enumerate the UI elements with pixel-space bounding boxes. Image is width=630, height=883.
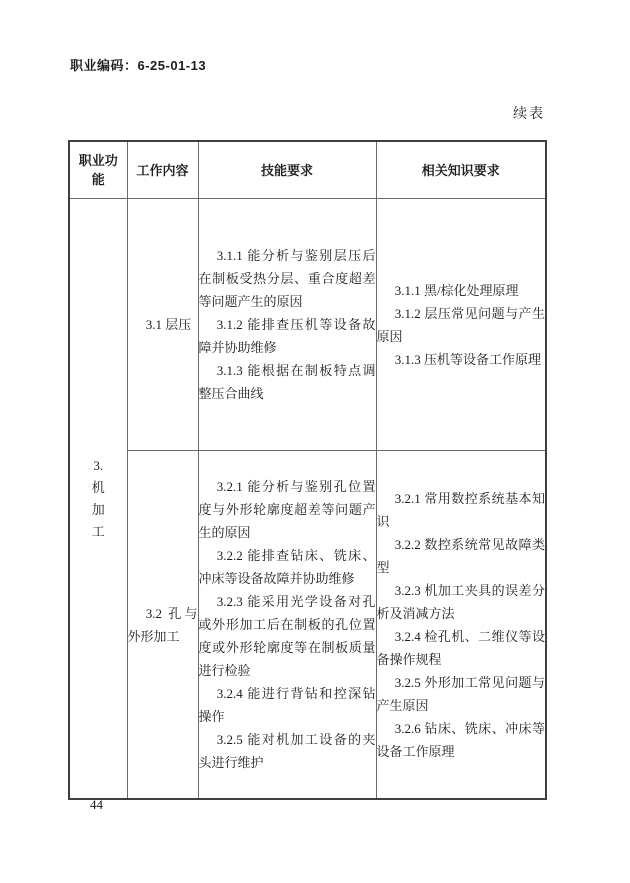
work-content-cell-lamination: 3.1 层压 [127, 199, 198, 451]
requirement-item: 3.2.6 钻床、铣床、冲床等设备工作原理 [377, 717, 546, 763]
requirement-item: 3.1.1 能分析与鉴别层压后在制板受热分层、重合度超差等问题产生的原因 [199, 244, 376, 313]
continued-table-label: 续表 [513, 103, 545, 123]
requirement-item: 3.1.1 黑/棕化处理原理 [377, 279, 546, 302]
table-header-row: 职业功能 工作内容 技能要求 相关知识要求 [69, 141, 546, 199]
requirement-item: 3.2.1 能分析与鉴别孔位置度与外形轮廓度超差等问题产生的原因 [199, 475, 376, 544]
table-row: 3.2 孔与外形加工 3.2.1 能分析与鉴别孔位置度与外形轮廓度超差等问题产生… [69, 451, 546, 800]
requirement-item: 3.2.3 机加工夹具的误差分析及消减方法 [377, 579, 546, 625]
requirement-item: 3.2.2 能排查钻床、铣床、冲床等设备故障并协助维修 [199, 544, 376, 590]
requirement-item: 3.2.1 常用数控系统基本知识 [377, 487, 546, 533]
function-number: 3. [70, 455, 127, 477]
col-header-knowledge-requirements: 相关知识要求 [376, 141, 546, 199]
work-content-cell-hole-and-profile: 3.2 孔与外形加工 [127, 451, 198, 800]
table-row: 3. 机加工 3.1 层压 3.1.1 能分析与鉴别层压后在制板受热分层、重合度… [69, 199, 546, 451]
skills-cell-hole-and-profile: 3.2.1 能分析与鉴别孔位置度与外形轮廓度超差等问题产生的原因3.2.2 能排… [198, 451, 376, 800]
function-name: 机加工 [92, 477, 105, 543]
col-header-occupational-function: 职业功能 [69, 141, 127, 199]
work-content-label: 3.2 孔与外形加工 [128, 602, 198, 648]
col-header-skill-requirements: 技能要求 [198, 141, 376, 199]
skills-cell-lamination: 3.1.1 能分析与鉴别层压后在制板受热分层、重合度超差等问题产生的原因3.1.… [198, 199, 376, 451]
requirement-item: 3.1.3 压机等设备工作原理 [377, 348, 546, 371]
occupational-standard-table: 职业功能 工作内容 技能要求 相关知识要求 3. 机加工 3.1 层压 3.1.… [68, 140, 547, 800]
requirement-item: 3.2.2 数控系统常见故障类型 [377, 533, 546, 579]
requirement-item: 3.1.2 层压常见问题与产生原因 [377, 302, 546, 348]
requirement-item: 3.2.3 能采用光学设备对孔或外形加工后在制板的孔位置度或外形轮廓度等在制板质… [199, 590, 376, 682]
requirement-item: 3.2.4 检孔机、二维仪等设备操作规程 [377, 625, 546, 671]
function-cell-machining: 3. 机加工 [69, 199, 127, 800]
col-header-work-content: 工作内容 [127, 141, 198, 199]
occupation-code: 职业编码：6-25-01-13 [70, 55, 206, 74]
requirement-item: 3.1.2 能排查压机等设备故障并协助维修 [199, 313, 376, 359]
work-content-label: 3.1 层压 [128, 313, 198, 336]
knowledge-cell-lamination: 3.1.1 黑/棕化处理原理3.1.2 层压常见问题与产生原因3.1.3 压机等… [376, 199, 546, 451]
requirement-item: 3.2.5 能对机加工设备的夹头进行维护 [199, 728, 376, 774]
page-number: 44 [90, 797, 103, 813]
requirement-item: 3.2.4 能进行背钻和控深钻操作 [199, 682, 376, 728]
document-page: 职业编码：6-25-01-13 续表 职业功能 工作内容 技能要求 相关知识要求… [0, 0, 630, 883]
requirement-item: 3.1.3 能根据在制板特点调整压合曲线 [199, 359, 376, 405]
requirement-item: 3.2.5 外形加工常见问题与产生原因 [377, 671, 546, 717]
knowledge-cell-hole-and-profile: 3.2.1 常用数控系统基本知识3.2.2 数控系统常见故障类型3.2.3 机加… [376, 451, 546, 800]
